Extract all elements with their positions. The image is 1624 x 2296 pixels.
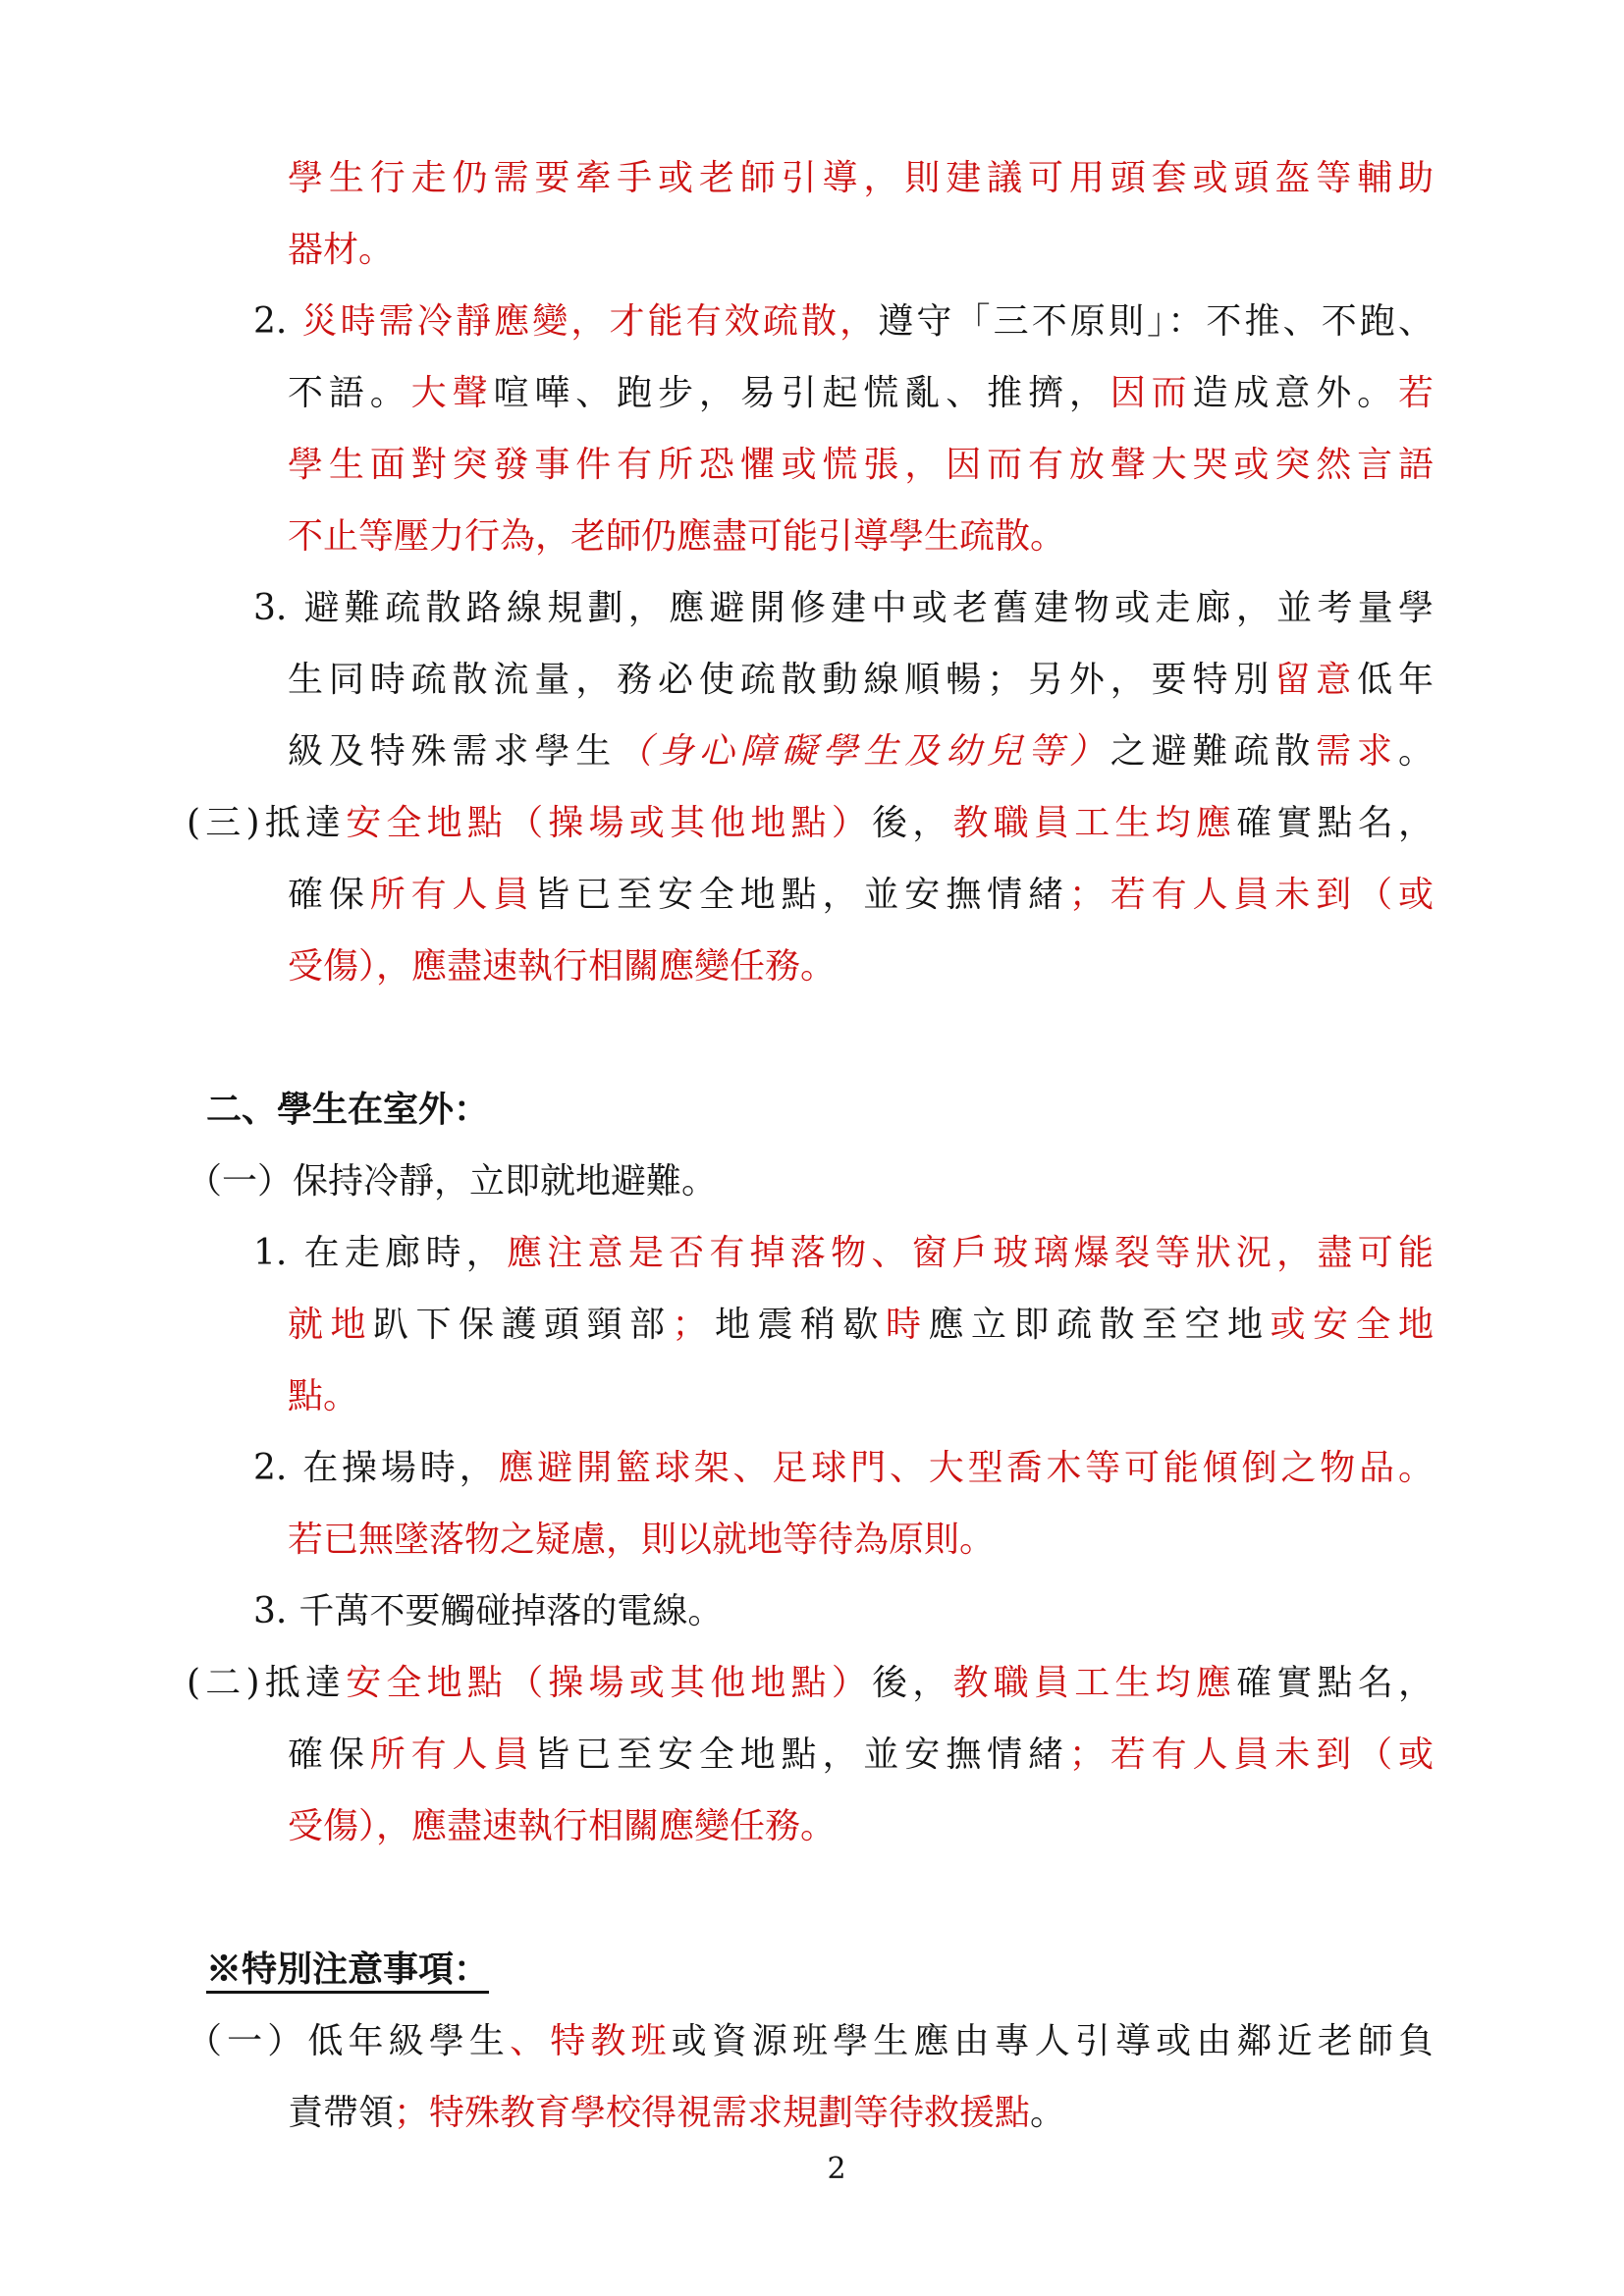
text-segment: (二)抵達 xyxy=(187,1663,346,1703)
text-segment: 所有人員 xyxy=(370,1735,535,1775)
text-segment: 千萬不要觸碰掉落的電線。 xyxy=(298,1591,723,1631)
text-segment: 大聲 xyxy=(411,373,494,413)
text-segment: 3. xyxy=(253,1591,287,1631)
text-segment: 教職員工生均應 xyxy=(953,1663,1237,1703)
item-paren-2-cont: 確保所有人員皆已至安全地點，並安撫情緒；若有人員未到（或 xyxy=(288,1719,1434,1790)
text-segment: 地震稍歇 xyxy=(708,1305,886,1345)
text-segment: 確保 xyxy=(288,1735,370,1775)
text-segment: 若 xyxy=(1398,373,1434,413)
text-segment: 後， xyxy=(872,1663,952,1703)
item-paren-1-outdoor: （一）保持冷靜，立即就地避難。 xyxy=(187,1146,1434,1217)
page-number: 2 xyxy=(827,2152,845,2186)
text-segment: 二、學生在室外： xyxy=(206,1089,489,1130)
text-segment: 應注意是否有掉落物、窗戶玻璃爆裂等狀況，盡可能 xyxy=(507,1233,1434,1273)
text-segment: 若已無墜落物之疑慮，則以就地等待為原則。 xyxy=(288,1520,995,1560)
blank-line xyxy=(0,1002,1624,1074)
text-segment: （一）低年級學生 xyxy=(187,2021,510,2061)
text-segment: 遵守「三不原則」：不推、不跑、 xyxy=(878,301,1434,342)
text-segment: 3. xyxy=(253,588,287,628)
text-segment: 災時需冷靜應變，才能有效疏散， xyxy=(298,301,878,342)
text-segment: 所有人員 xyxy=(370,875,535,915)
text-segment: 趴下保護頭頸部 xyxy=(373,1305,672,1345)
text-segment: 學生面對突發事件有所恐懼或慌張，因而有放聲大哭或突然言語 xyxy=(288,445,1434,485)
text-segment: 1. xyxy=(253,1233,287,1273)
red-guidance-line: 學生行走仍需要牽手或老師引導，則建議可用頭套或頭盔等輔助 xyxy=(288,142,1434,214)
text-segment: 低年 xyxy=(1357,660,1434,700)
list-item-3: 3.避難疏散路線規劃，應避開修建中或老舊建物或走廊，並考量學 xyxy=(253,572,1434,644)
text-segment: 確實點名， xyxy=(1236,803,1434,843)
text-segment: 不止等壓力行為，老師仍應盡可能引導學生疏散。 xyxy=(288,516,1065,557)
text-segment: 應立即疏散至空地 xyxy=(928,1305,1270,1345)
text-segment: ； xyxy=(672,1305,707,1345)
text-segment: 造成意外。 xyxy=(1193,373,1398,413)
text-segment: 喧嘩、跑步，易引起慌亂、推擠， xyxy=(493,373,1110,413)
text-segment: 就地 xyxy=(288,1305,373,1345)
text-segment: 避難疏散路線規劃，應避開修建中或老舊建物或走廊，並考量學 xyxy=(298,588,1434,628)
text-segment: 責帶領 xyxy=(288,2093,394,2133)
outdoor-list-item-1-cont: 點。 xyxy=(288,1361,1434,1432)
outdoor-list-item-3: 3.千萬不要觸碰掉落的電線。 xyxy=(253,1575,1434,1647)
text-segment: 。 xyxy=(1030,2093,1065,2133)
text-segment: ；若有人員未到（或 xyxy=(1069,1735,1434,1775)
item-paren-3-cont: 受傷），應盡速執行相關應變任務。 xyxy=(288,931,1434,1002)
item-paren-2-cont: 受傷），應盡速執行相關應變任務。 xyxy=(288,1790,1434,1862)
list-item-3-cont: 級及特殊需求學生（身心障礙學生及幼兒等）之避難疏散需求。 xyxy=(288,716,1434,787)
text-segment: ※特別注意事項： xyxy=(206,1949,489,1990)
item-paren-3-cont: 確保所有人員皆已至安全地點，並安撫情緒；若有人員未到（或 xyxy=(288,859,1434,931)
text-segment: 受傷），應盡速執行相關應變任務。 xyxy=(288,946,836,987)
item-paren-2-outdoor: (二)抵達安全地點（操場或其他地點）後，教職員工生均應確實點名， xyxy=(187,1647,1434,1719)
text-segment: 在走廊時， xyxy=(298,1233,507,1273)
section-heading-outdoor: 二、學生在室外： xyxy=(206,1074,1434,1146)
text-segment: 2. xyxy=(253,1448,287,1488)
list-item-2-cont: 不語。大聲喧嘩、跑步，易引起慌亂、推擠，因而造成意外。若 xyxy=(288,357,1434,429)
outdoor-list-item-1: 1.在走廊時，應注意是否有掉落物、窗戶玻璃爆裂等狀況，盡可能 xyxy=(253,1217,1434,1289)
list-item-2-cont: 不止等壓力行為，老師仍應盡可能引導學生疏散。 xyxy=(288,501,1434,572)
text-segment: 後， xyxy=(872,803,952,843)
text-segment: (三)抵達 xyxy=(187,803,346,843)
text-segment: 級及特殊需求學生 xyxy=(288,731,617,772)
text-segment: 學生行走仍需要牽手或老師引導，則建議可用頭套或頭盔等輔助 xyxy=(288,158,1434,198)
text-segment: 之避難疏散 xyxy=(1110,731,1316,772)
text-segment: 確實點名， xyxy=(1236,1663,1434,1703)
text-segment: 時 xyxy=(886,1305,929,1345)
text-segment: 教職員工生均應 xyxy=(953,803,1237,843)
outdoor-list-item-2: 2.在操場時，應避開籃球架、足球門、大型喬木等可能傾倒之物品。 xyxy=(253,1432,1434,1504)
outdoor-list-item-2-cont: 若已無墜落物之疑慮，則以就地等待為原則。 xyxy=(288,1504,1434,1575)
text-segment: ；特殊教育學校得視需求規劃等待救援點 xyxy=(394,2093,1030,2133)
item-paren-3: (三)抵達安全地點（操場或其他地點）後，教職員工生均應確實點名， xyxy=(187,787,1434,859)
outdoor-list-item-1-cont: 就地趴下保護頭頸部；地震稍歇時應立即疏散至空地或安全地 xyxy=(288,1289,1434,1361)
text-segment: 留意 xyxy=(1274,660,1357,700)
text-segment: 在操場時， xyxy=(298,1448,498,1488)
text-segment: 安全地點（操場或其他地點） xyxy=(346,803,872,843)
list-item-2-cont: 學生面對突發事件有所恐懼或慌張，因而有放聲大哭或突然言語 xyxy=(288,429,1434,501)
text-segment: 皆已至安全地點，並安撫情緒 xyxy=(534,875,1069,915)
text-segment: 、特教班 xyxy=(510,2021,672,2061)
text-segment: （身心障礙學生及幼兒等） xyxy=(617,731,1110,772)
document-body: 學生行走仍需要牽手或老師引導，則建議可用頭套或頭盔等輔助器材。2.災時需冷靜應變… xyxy=(0,0,1624,2149)
text-segment: 或安全地 xyxy=(1270,1305,1434,1345)
text-segment: 生同時疏散流量，務必使疏散動線順暢；另外，要特別 xyxy=(288,660,1274,700)
text-segment: 皆已至安全地點，並安撫情緒 xyxy=(534,1735,1069,1775)
text-segment: 確保 xyxy=(288,875,370,915)
text-segment: 因而 xyxy=(1110,373,1193,413)
text-segment: 。 xyxy=(1398,731,1434,772)
text-segment: 應避開籃球架、足球門、大型喬木等可能傾倒之物品。 xyxy=(498,1448,1434,1488)
text-segment: 點。 xyxy=(288,1376,358,1416)
document-page: 學生行走仍需要牽手或老師引導，則建議可用頭套或頭盔等輔助器材。2.災時需冷靜應變… xyxy=(0,0,1624,2296)
text-segment: 器材。 xyxy=(288,230,394,270)
list-item-2: 2.災時需冷靜應變，才能有效疏散，遵守「三不原則」：不推、不跑、 xyxy=(253,286,1434,357)
text-segment: 需求 xyxy=(1316,731,1398,772)
special-notes-heading: ※特別注意事項： xyxy=(206,1934,1434,2005)
special-note-1-cont: 責帶領；特殊教育學校得視需求規劃等待救援點。 xyxy=(288,2077,1434,2149)
text-segment: （一）保持冷靜，立即就地避難。 xyxy=(187,1161,717,1201)
text-segment: 安全地點（操場或其他地點） xyxy=(346,1663,872,1703)
list-item-3-cont: 生同時疏散流量，務必使疏散動線順暢；另外，要特別留意低年 xyxy=(288,644,1434,716)
blank-line xyxy=(0,1862,1624,1934)
text-segment: ；若有人員未到（或 xyxy=(1069,875,1434,915)
text-segment: 或資源班學生應由專人引導或由鄰近老師負 xyxy=(672,2021,1434,2061)
special-note-1: （一）低年級學生、特教班或資源班學生應由專人引導或由鄰近老師負 xyxy=(187,2005,1434,2077)
text-segment: 受傷），應盡速執行相關應變任務。 xyxy=(288,1806,836,1846)
text-segment: 2. xyxy=(253,301,287,342)
red-guidance-line: 器材。 xyxy=(288,214,1434,286)
text-segment: 不語。 xyxy=(288,373,411,413)
